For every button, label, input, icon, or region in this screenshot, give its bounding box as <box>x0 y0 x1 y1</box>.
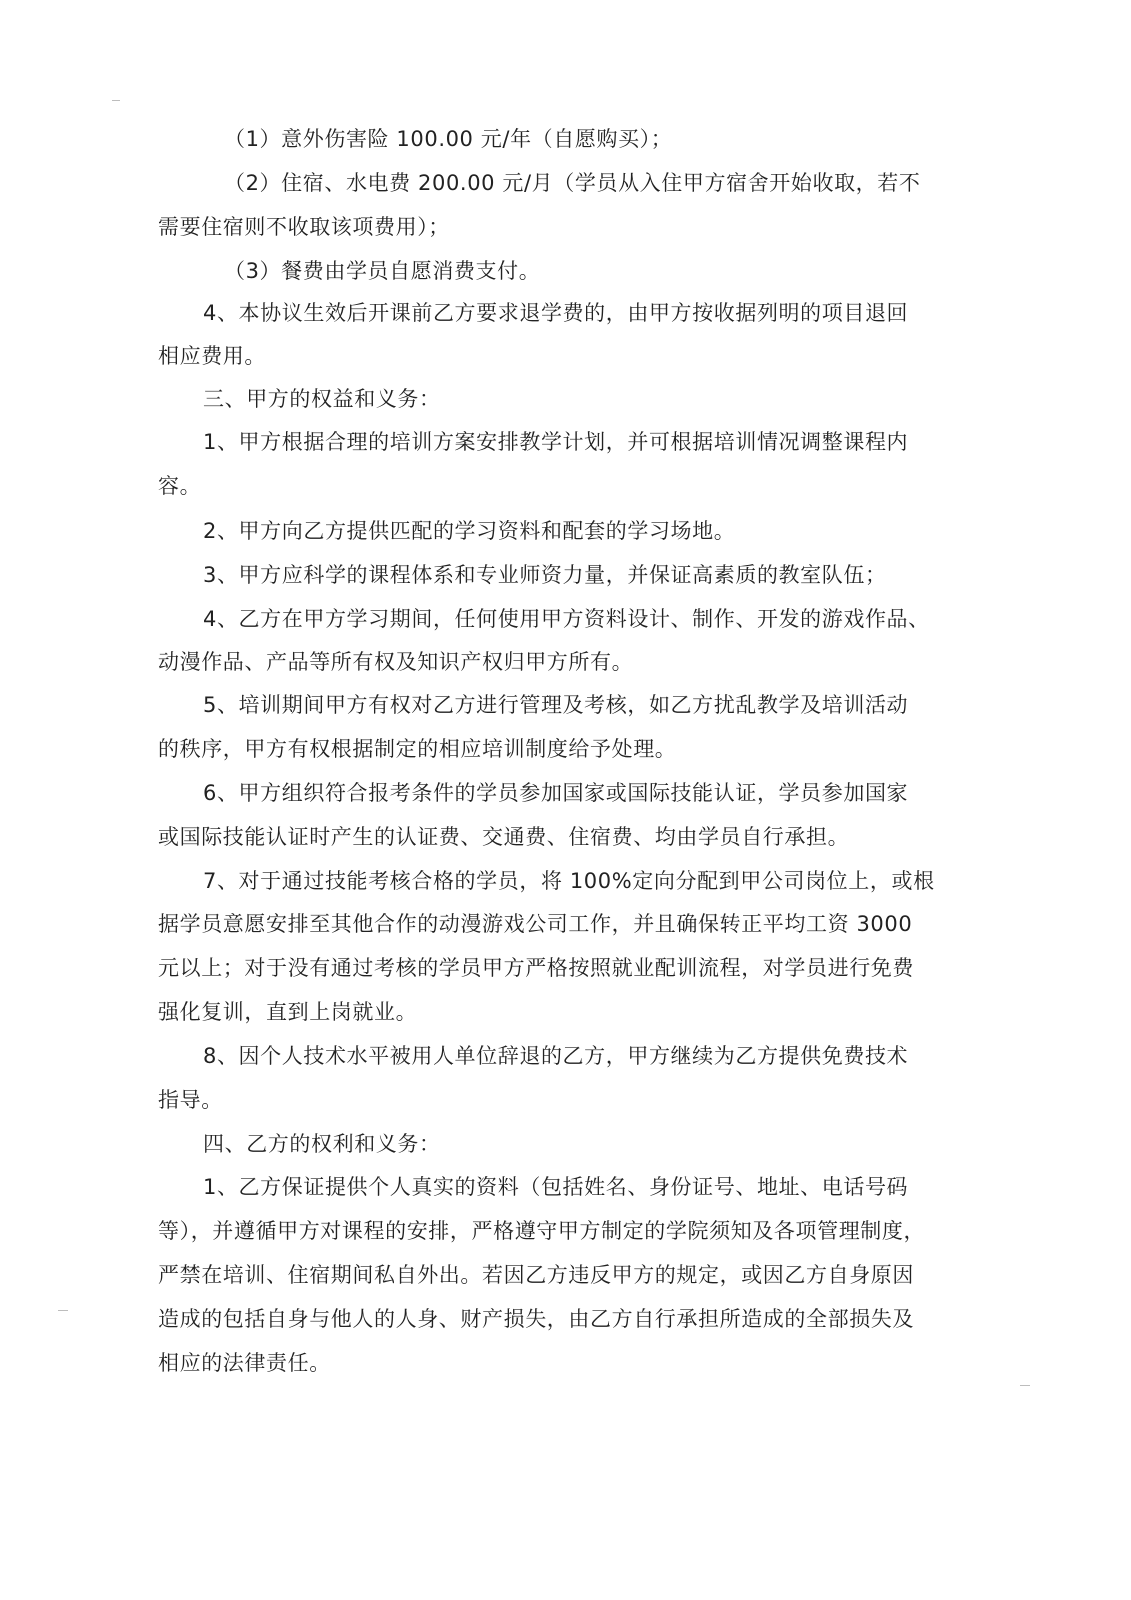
party-a-clause-4-cont: 动漫作品、产品等所有权及知识产权归甲方所有。 <box>158 647 938 677</box>
party-a-clause-8-cont: 指导。 <box>158 1085 938 1115</box>
party-a-clause-3: 3、甲方应科学的课程体系和专业师资力量，并保证高素质的教室队伍； <box>203 560 983 590</box>
scan-artifact <box>1020 1385 1030 1386</box>
clause-refund: 4、本协议生效后开课前乙方要求退学费的，由甲方按收据列明的项目退回 <box>203 298 983 328</box>
party-a-clause-4: 4、乙方在甲方学习期间，任何使用甲方资料设计、制作、开发的游戏作品、 <box>203 604 983 634</box>
scan-artifact <box>58 1310 68 1311</box>
fee-item-insurance: （1）意外伤害险 100.00 元/年（自愿购买）； <box>224 124 1004 154</box>
party-b-clause-1-cont-1: 等），并遵循甲方对课程的安排，严格遵守甲方制定的学院须知及各项管理制度， <box>158 1216 938 1246</box>
fee-item-accommodation: （2）住宿、水电费 200.00 元/月（学员从入住甲方宿舍开始收取，若不 <box>224 168 1004 198</box>
document-page: （1）意外伤害险 100.00 元/年（自愿购买）； （2）住宿、水电费 200… <box>0 0 1131 1600</box>
party-a-clause-7: 7、对于通过技能考核合格的学员，将 100%定向分配到甲公司岗位上，或根 <box>203 866 983 896</box>
fee-item-accommodation-cont: 需要住宿则不收取该项费用）； <box>158 212 938 242</box>
party-a-clause-7-cont-2: 元以上；对于没有通过考核的学员甲方严格按照就业配训流程，对学员进行免费 <box>158 953 938 983</box>
party-b-clause-1-cont-2: 严禁在培训、住宿期间私自外出。若因乙方违反甲方的规定，或因乙方自身原因 <box>158 1260 938 1290</box>
party-b-clause-1: 1、乙方保证提供个人真实的资料（包括姓名、身份证号、地址、电话号码 <box>203 1172 983 1202</box>
fee-item-meals: （3）餐费由学员自愿消费支付。 <box>224 256 1004 286</box>
section-heading-party-a: 三、甲方的权益和义务： <box>203 384 983 414</box>
clause-refund-cont: 相应费用。 <box>158 341 938 371</box>
party-b-clause-1-cont-3: 造成的包括自身与他人的人身、财产损失，由乙方自行承担所造成的全部损失及 <box>158 1304 938 1334</box>
party-a-clause-8: 8、因个人技术水平被用人单位辞退的乙方，甲方继续为乙方提供免费技术 <box>203 1041 983 1071</box>
party-a-clause-2: 2、甲方向乙方提供匹配的学习资料和配套的学习场地。 <box>203 516 983 546</box>
party-a-clause-5: 5、培训期间甲方有权对乙方进行管理及考核，如乙方扰乱教学及培训活动 <box>203 690 983 720</box>
scan-artifact <box>112 100 120 101</box>
party-a-clause-6: 6、甲方组织符合报考条件的学员参加国家或国际技能认证，学员参加国家 <box>203 778 983 808</box>
party-a-clause-1: 1、甲方根据合理的培训方案安排教学计划，并可根据培训情况调整课程内 <box>203 427 983 457</box>
party-a-clause-5-cont: 的秩序，甲方有权根据制定的相应培训制度给予处理。 <box>158 734 938 764</box>
party-a-clause-7-cont-1: 据学员意愿安排至其他合作的动漫游戏公司工作，并且确保转正平均工资 3000 <box>158 909 938 939</box>
party-b-clause-1-cont-4: 相应的法律责任。 <box>158 1348 938 1378</box>
party-a-clause-7-cont-3: 强化复训，直到上岗就业。 <box>158 997 938 1027</box>
party-a-clause-1-cont: 容。 <box>158 471 938 501</box>
party-a-clause-6-cont: 或国际技能认证时产生的认证费、交通费、住宿费、均由学员自行承担。 <box>158 822 938 852</box>
section-heading-party-b: 四、乙方的权利和义务： <box>203 1129 983 1159</box>
